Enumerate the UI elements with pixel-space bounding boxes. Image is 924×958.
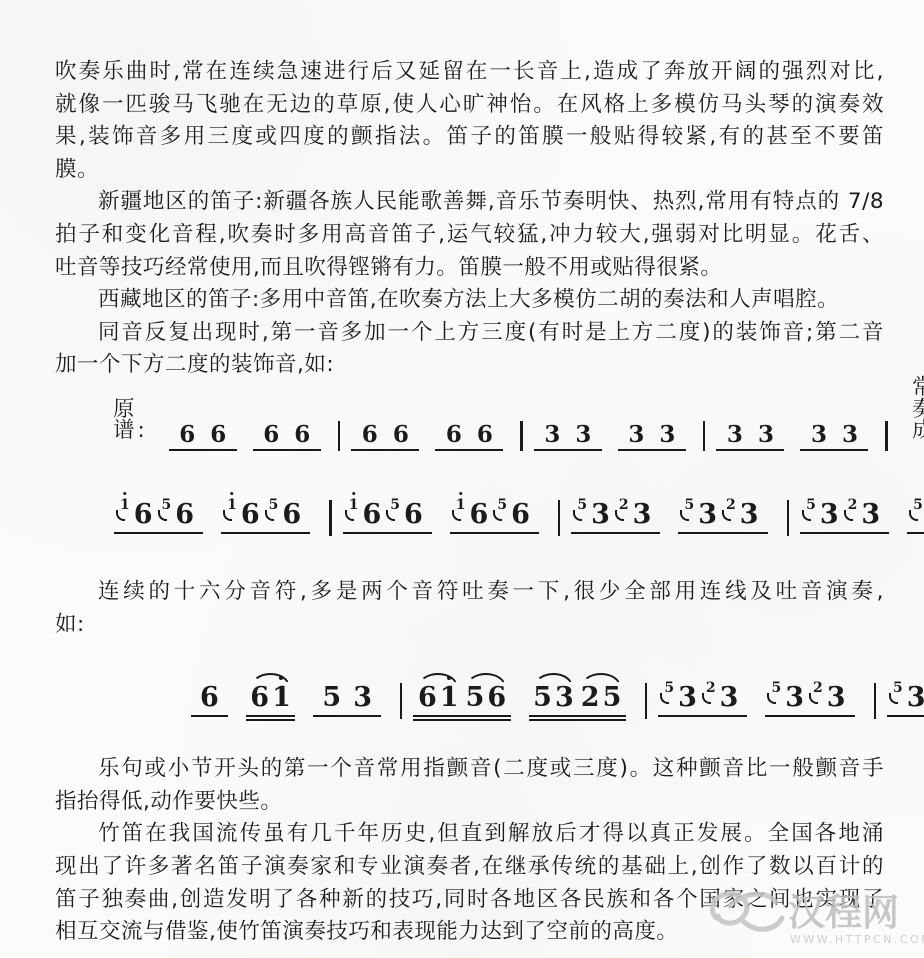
grace-note: 2	[848, 498, 858, 512]
beam-group: 1656	[113, 501, 204, 528]
beam-group: 33	[533, 423, 603, 446]
watermark-site-url: WWW.HTTPCN.COM	[790, 933, 924, 946]
beam-group: 5325	[528, 684, 627, 711]
bar-line-icon	[338, 421, 341, 451]
note-pair: 53	[314, 684, 380, 711]
note-pair: 66	[436, 423, 502, 446]
note-digit: 3	[820, 501, 839, 528]
scanned-page: 吹奏乐曲时,常在连续急速进行后又延留在一长音上,造成了奔放开阔的强烈对比,就像一…	[0, 0, 924, 958]
note-digit: 1	[272, 684, 291, 711]
note-digit: 3	[575, 423, 591, 446]
beam-group: 6156	[412, 684, 511, 711]
note-digit: 6	[210, 423, 226, 446]
grace-note: 2	[726, 498, 736, 512]
grace-note: 5	[684, 498, 694, 512]
note-digit: 3	[861, 501, 880, 528]
grace-note: 5	[664, 681, 674, 695]
score-original-label: 原谱:	[113, 399, 148, 446]
grace-note: 1	[120, 498, 130, 512]
note-digit: 3	[353, 684, 372, 711]
note-pair: 33	[801, 423, 867, 446]
note-digit: 3	[555, 684, 574, 711]
note-digit: 6	[487, 684, 506, 711]
beam-group: 66	[252, 423, 322, 446]
text-line: 拍子和变化音程,吹奏时多用高音笛子,运气较猛,冲力较大,强弱对比明显。花舌、	[55, 219, 884, 252]
bar-line-icon	[787, 500, 790, 536]
beam-group: 33	[617, 423, 687, 446]
note-digit: 3	[740, 501, 759, 528]
beam-group: 5323	[886, 684, 924, 711]
note-digit: 6	[179, 423, 195, 446]
note-pair: 66	[170, 423, 236, 446]
note-digit: 6	[362, 423, 378, 446]
bar-line-icon	[885, 421, 888, 451]
note-pair: 1656	[344, 501, 431, 528]
note-digit: 3	[628, 423, 644, 446]
note-digit: 6	[200, 684, 219, 711]
note-digit: 6	[175, 501, 194, 528]
beam-group: 6	[190, 684, 229, 711]
bar-line-icon	[645, 683, 648, 719]
note-pair: 5323	[888, 684, 924, 711]
text-line: 新疆地区的笛子:新疆各族人民能歌善舞,音乐节奏明快、热烈,常用有特点的 7/8	[55, 186, 884, 219]
grace-note: 2	[619, 498, 629, 512]
text-line: 连续的十六分音符,多是两个音符吐奏一下,很少全部用连线及吐音演奏,	[55, 576, 884, 609]
grace-note: 5	[771, 681, 781, 695]
note-digit: 6	[446, 423, 462, 446]
note-digit: 6	[282, 501, 301, 528]
score-sixteenth-row: 66153615653255323532353235323	[55, 655, 884, 711]
note-pair: 5323	[766, 684, 853, 711]
beam-group: 33	[799, 423, 869, 446]
bar-line-icon	[558, 500, 561, 536]
note-digit: 3	[827, 684, 846, 711]
beam-group: 5323	[570, 501, 661, 528]
grace-note: 1	[456, 498, 466, 512]
text-line: 吐音等技巧经常使用,而且吹得铿锵有力。笛膜一般不用或贴得很紧。	[55, 252, 884, 285]
note-digit: 6	[250, 684, 269, 711]
grace-note: 2	[813, 681, 823, 695]
note-digit: 6	[362, 501, 381, 528]
score-result-notation: 16561656165616565323532353235323	[113, 500, 924, 528]
slurred-notes: 25	[577, 684, 625, 711]
grace-note: 5	[577, 498, 587, 512]
note-pair: 5323	[801, 501, 888, 528]
beam-group: 5323	[764, 684, 855, 711]
note-pair: 1656	[222, 501, 309, 528]
note-digit: 3	[758, 423, 774, 446]
watermark-graphic: 汉程网 WWW.HTTPCN.COM	[700, 878, 924, 952]
note-digit: 3	[659, 423, 675, 446]
score-original-notation: 6666666633333333	[168, 421, 898, 446]
paragraph-tibet: 西藏地区的笛子:多用中音笛,在吹奏方法上大多模仿二胡的奏法和人声唱腔。	[55, 284, 884, 317]
score-result-row: 16561656165616565323532353235323	[55, 472, 884, 528]
note-digit: 6	[241, 501, 260, 528]
note-pair: 66	[254, 423, 320, 446]
slurred-notes: 53	[530, 684, 578, 711]
note-digit: 3	[678, 684, 697, 711]
score-result-label: 常奏成:	[912, 377, 924, 446]
note-digit: 3	[698, 501, 717, 528]
paragraph-style-intro: 吹奏乐曲时,常在连续急速进行后又延留在一长音上,造成了奔放开阔的强烈对比,就像一…	[55, 56, 884, 186]
text-line: 吹奏乐曲时,常在连续急速进行后又延留在一长音上,造成了奔放开阔的强烈对比,	[55, 56, 884, 89]
grace-note: 5	[913, 498, 923, 512]
beam-group: 5323	[799, 501, 890, 528]
note-digit: 6	[511, 501, 530, 528]
grace-note: 5	[162, 498, 172, 512]
paragraph-tongyin: 同音反复出现时,第一音多加一个上方三度(有时是上方二度)的装饰音;第二音加一个下…	[55, 317, 884, 382]
watermark-swirl-icon	[712, 894, 782, 929]
beam-group: 53	[312, 684, 382, 711]
note-pair: 5323	[679, 501, 766, 528]
beam-group: 33	[715, 423, 785, 446]
beam-group: 1656	[342, 501, 433, 528]
text-line: 乐句或小节开头的第一个音常用指颤音(二度或三度)。这种颤音比一般颤音手	[55, 753, 884, 786]
note-digit: 3	[720, 684, 739, 711]
text-line: 如:	[55, 609, 884, 642]
note-pair: 33	[535, 423, 601, 446]
note-pair: 5323	[908, 501, 924, 528]
beam-group: 1656	[449, 501, 540, 528]
grace-note: 5	[893, 681, 903, 695]
grace-note: 1	[349, 498, 359, 512]
beam-group: 66	[350, 423, 420, 446]
text-line: 西藏地区的笛子:多用中音笛,在吹奏方法上大多模仿二胡的奏法和人声唱腔。	[55, 284, 884, 317]
note-digit: 3	[842, 423, 858, 446]
grace-note: 5	[806, 498, 816, 512]
text-line: 加一个下方二度的装饰音,如:	[55, 349, 884, 382]
note-digit: 5	[533, 684, 552, 711]
note-digit: 6	[477, 423, 493, 446]
note-digit: 2	[581, 684, 600, 711]
note-digit: 6	[294, 423, 310, 446]
slurred-notes: 61	[247, 684, 295, 711]
note-pair: 66	[352, 423, 418, 446]
note-pair: 1656	[115, 501, 202, 528]
paragraph-sixteenth: 连续的十六分音符,多是两个音符吐奏一下,很少全部用连线及吐音演奏,如:	[55, 576, 884, 641]
beam-group: 5323	[906, 501, 924, 528]
beam-group: 66	[434, 423, 504, 446]
note-digit: 6	[404, 501, 423, 528]
note-digit: 3	[633, 501, 652, 528]
note-pair: 33	[717, 423, 783, 446]
note-digit: 5	[466, 684, 485, 711]
note-pair: 6	[192, 684, 227, 711]
note-digit: 5	[322, 684, 341, 711]
note-digit: 3	[544, 423, 560, 446]
text-line: 指抬得低,动作要快些。	[55, 786, 884, 819]
note-digit: 3	[727, 423, 743, 446]
grace-note: 5	[497, 498, 507, 512]
beam-group: 1656	[220, 501, 311, 528]
slurred-notes: 56	[462, 684, 510, 711]
beam-group: 66	[168, 423, 238, 446]
bar-line-icon	[329, 500, 332, 536]
note-digit: 6	[393, 423, 409, 446]
note-pair: 33	[619, 423, 685, 446]
text-line: 同音反复出现时,第一音多加一个上方三度(有时是上方二度)的装饰音;第二音	[55, 317, 884, 350]
note-digit: 6	[418, 684, 437, 711]
note-digit: 3	[591, 501, 610, 528]
note-digit: 6	[470, 501, 489, 528]
score-sixteenth-notation: 66153615653255323532353235323	[190, 683, 924, 711]
grace-note: 1	[227, 498, 237, 512]
bar-line-icon	[874, 683, 877, 719]
note-digit: 5	[603, 684, 622, 711]
text-line: 竹笛在我国流传虽有几千年历史,但直到解放后才得以真正发展。全国各地涌	[55, 818, 884, 851]
text-column: 吹奏乐曲时,常在连续急速进行后又延留在一长音上,造成了奔放开阔的强烈对比,就像一…	[55, 56, 884, 949]
text-line: 就像一匹骏马飞驰在无边的草原,使人心旷神怡。在风格上多模仿马头琴的演奏效	[55, 89, 884, 122]
bar-line-icon	[520, 421, 523, 451]
beam-group: 5323	[657, 684, 748, 711]
beam-group: 61	[245, 684, 297, 711]
bar-line-icon	[703, 421, 706, 451]
note-digit: 3	[811, 423, 827, 446]
note-digit: 1	[440, 684, 459, 711]
bar-line-icon	[400, 683, 403, 719]
watermark-site-name: 汉程网	[788, 891, 899, 934]
score-original-row: 原谱: 6666666633333333 常奏成:	[55, 400, 884, 446]
watermark: 汉程网 WWW.HTTPCN.COM	[700, 878, 924, 956]
note-digit: 6	[134, 501, 153, 528]
beam-group: 5323	[677, 501, 768, 528]
text-line: 膜。	[55, 154, 884, 187]
note-digit: 6	[263, 423, 279, 446]
note-digit: 3	[785, 684, 804, 711]
note-pair: 1656	[451, 501, 538, 528]
grace-note: 5	[269, 498, 279, 512]
text-line: 果,装饰音多用三度或四度的颤指法。笛子的笛膜一般贴得较紧,有的甚至不要笛	[55, 121, 884, 154]
paragraph-xinjiang: 新疆地区的笛子:新疆各族人民能歌善舞,音乐节奏明快、热烈,常用有特点的 7/8拍…	[55, 186, 884, 284]
slurred-notes: 61	[414, 684, 462, 711]
grace-note: 5	[390, 498, 400, 512]
note-pair: 5323	[572, 501, 659, 528]
grace-note: 2	[706, 681, 716, 695]
note-pair: 5323	[659, 684, 746, 711]
paragraph-zhuayin: 乐句或小节开头的第一个音常用指颤音(二度或三度)。这种颤音比一般颤音手指抬得低,…	[55, 753, 884, 818]
note-digit: 3	[907, 684, 924, 711]
